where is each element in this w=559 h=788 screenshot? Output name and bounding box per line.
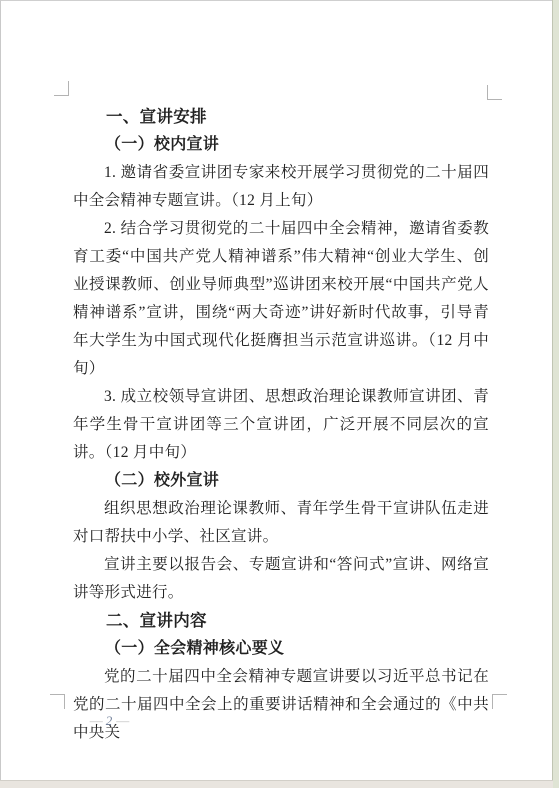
sub-heading: （一）全会精神核心要义 (73, 635, 489, 663)
page-number: —2— (71, 712, 147, 730)
page-number-dash-left: — (90, 713, 102, 728)
document-page: 一、宣讲安排 （一）校内宣讲 1. 邀请省委宣讲团专家来校开展学习贯彻党的二十届… (0, 0, 552, 780)
text-boundary-mark-top-left (54, 81, 69, 96)
sub-heading: （二）校外宣讲 (73, 467, 489, 495)
page-number-value: 2 (102, 713, 117, 728)
text-boundary-mark-bottom-right (492, 694, 507, 709)
text-boundary-mark-bottom-left (50, 694, 65, 709)
scan-bottom-edge (0, 780, 553, 788)
paragraph: 组织思想政治理论课教师、青年学生骨干宣讲队伍走进对口帮扶中小学、社区宣讲。 (73, 495, 489, 551)
sub-heading: （一）校内宣讲 (73, 131, 489, 159)
paragraph: 党的二十届四中全会精神专题宣讲要以习近平总书记在党的二十届四中全会上的重要讲话精… (73, 663, 489, 747)
paragraph: 宣讲主要以报告会、专题宣讲和“答问式”宣讲、网络宣讲等形式进行。 (73, 551, 489, 607)
scan-right-edge (552, 0, 559, 788)
document-body: 一、宣讲安排 （一）校内宣讲 1. 邀请省委宣讲团专家来校开展学习贯彻党的二十届… (73, 103, 489, 747)
paragraph: 1. 邀请省委宣讲团专家来校开展学习贯彻党的二十届四中全会精神专题宣讲。（12 … (73, 159, 489, 215)
text-boundary-mark-top-right (487, 85, 502, 100)
paragraph: 3. 成立校领导宣讲团、思想政治理论课教师宣讲团、青年学生骨干宣讲团等三个宣讲团… (73, 383, 489, 467)
section-heading: 一、宣讲安排 (73, 103, 489, 131)
section-heading: 二、宣讲内容 (73, 607, 489, 635)
page-number-dash-right: — (116, 713, 128, 728)
paragraph: 2. 结合学习贯彻党的二十届四中全会精神，邀请省委教育工委“中国共产党人精神谱系… (73, 215, 489, 383)
